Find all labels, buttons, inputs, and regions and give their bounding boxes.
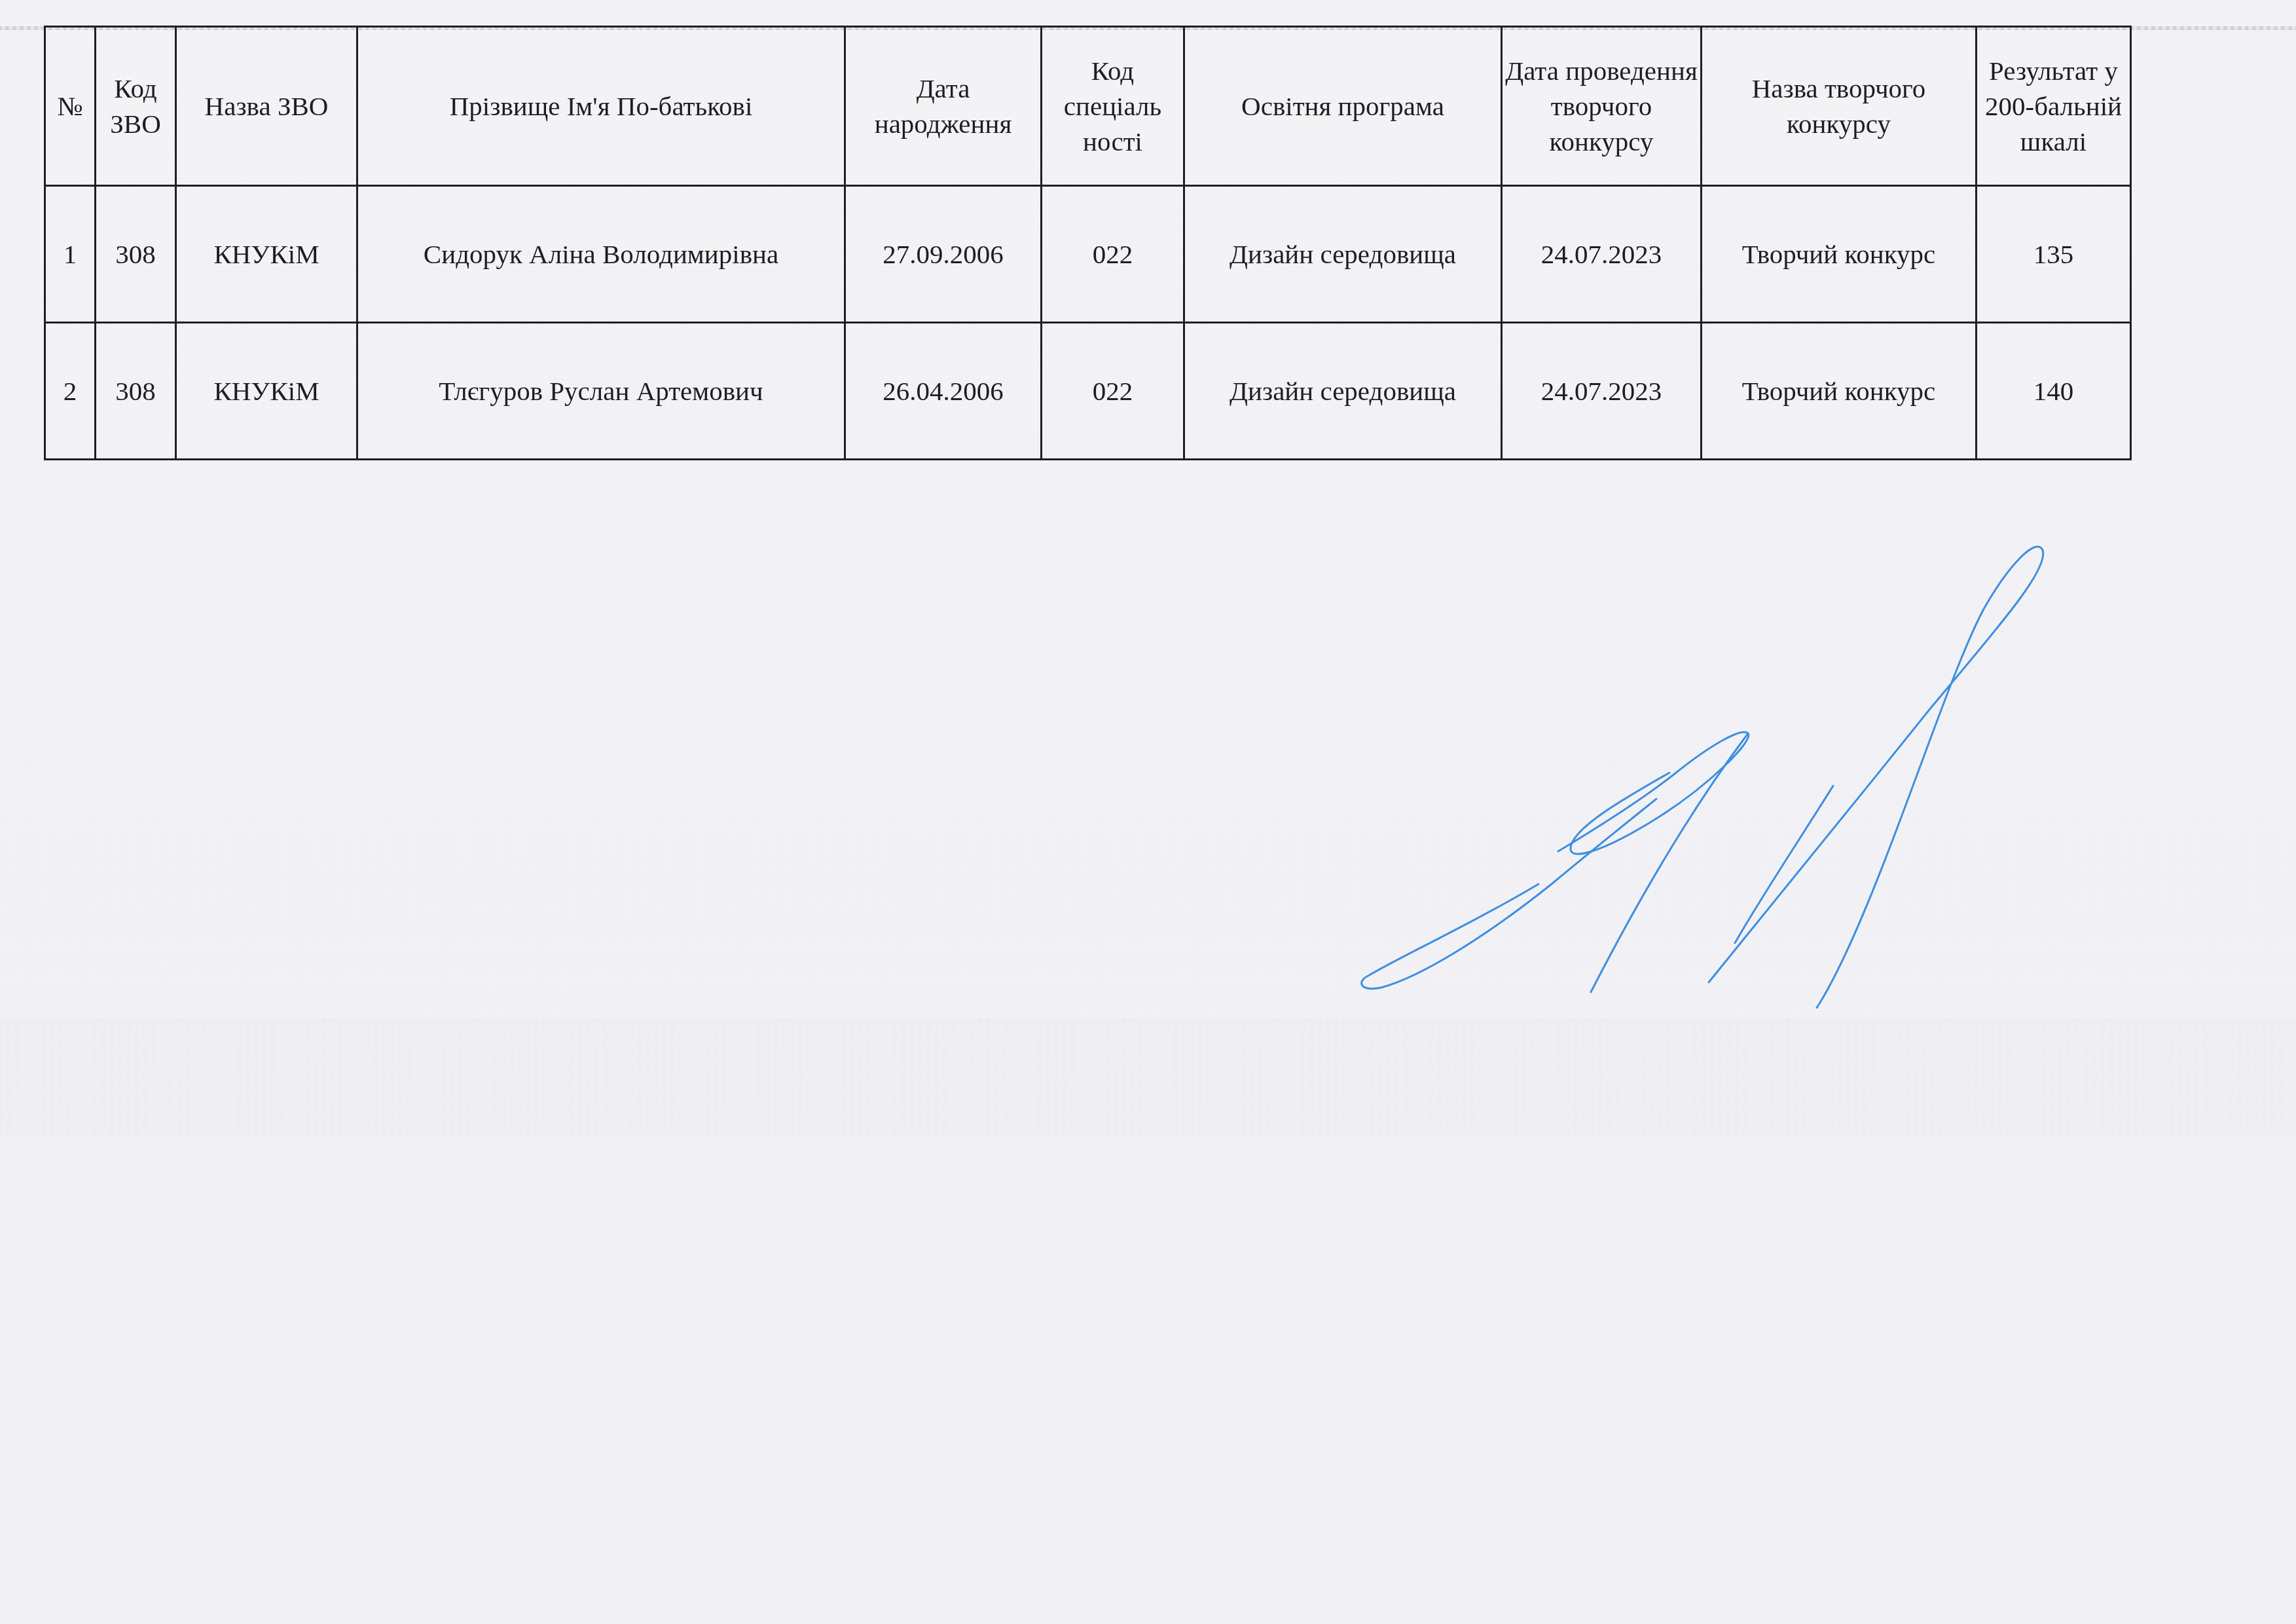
cell-institution-name: КНУКіМ [176, 186, 357, 323]
cell-score: 135 [1977, 186, 2131, 323]
cell-institution-name: КНУКіМ [176, 323, 357, 460]
header-specialty-code: Код спеціаль ності [1042, 27, 1184, 186]
cell-contest-date: 24.07.2023 [1502, 323, 1702, 460]
table-row: 2 308 КНУКіМ Тлєгуров Руслан Артемович 2… [45, 323, 2131, 460]
results-table: № Код ЗВО Назва ЗВО Прізвище Ім'я По-бат… [44, 26, 2132, 460]
header-program: Освітня програма [1184, 27, 1502, 186]
cell-contest-name: Творчий конкурс [1702, 323, 1977, 460]
cell-specialty-code: 022 [1042, 323, 1184, 460]
scan-artifact-band [0, 1018, 2296, 1136]
header-row: № Код ЗВО Назва ЗВО Прізвище Ім'я По-бат… [45, 27, 2131, 186]
header-contest-date: Дата проведення творчого конкурсу [1502, 27, 1702, 186]
header-institution-code: Код ЗВО [96, 27, 176, 186]
handwritten-signature [1342, 511, 2062, 1008]
cell-specialty-code: 022 [1042, 186, 1184, 323]
cell-full-name: Тлєгуров Руслан Артемович [357, 323, 845, 460]
header-contest-name: Назва творчого конкурсу [1702, 27, 1977, 186]
header-full-name: Прізвище Ім'я По-батькові [357, 27, 845, 186]
cell-contest-date: 24.07.2023 [1502, 186, 1702, 323]
header-birth-date: Дата народження [845, 27, 1042, 186]
cell-institution-code: 308 [96, 323, 176, 460]
cell-num: 2 [45, 323, 96, 460]
cell-program: Дизайн середовища [1184, 186, 1502, 323]
table-row: 1 308 КНУКіМ Сидорук Аліна Володимирівна… [45, 186, 2131, 323]
cell-program: Дизайн середовища [1184, 323, 1502, 460]
header-institution-name: Назва ЗВО [176, 27, 357, 186]
cell-contest-name: Творчий конкурс [1702, 186, 1977, 323]
cell-birth-date: 26.04.2006 [845, 323, 1042, 460]
cell-full-name: Сидорук Аліна Володимирівна [357, 186, 845, 323]
header-num: № [45, 27, 96, 186]
header-score: Результат у 200-бальній шкалі [1977, 27, 2131, 186]
cell-num: 1 [45, 186, 96, 323]
cell-birth-date: 27.09.2006 [845, 186, 1042, 323]
cell-institution-code: 308 [96, 186, 176, 323]
cell-score: 140 [1977, 323, 2131, 460]
